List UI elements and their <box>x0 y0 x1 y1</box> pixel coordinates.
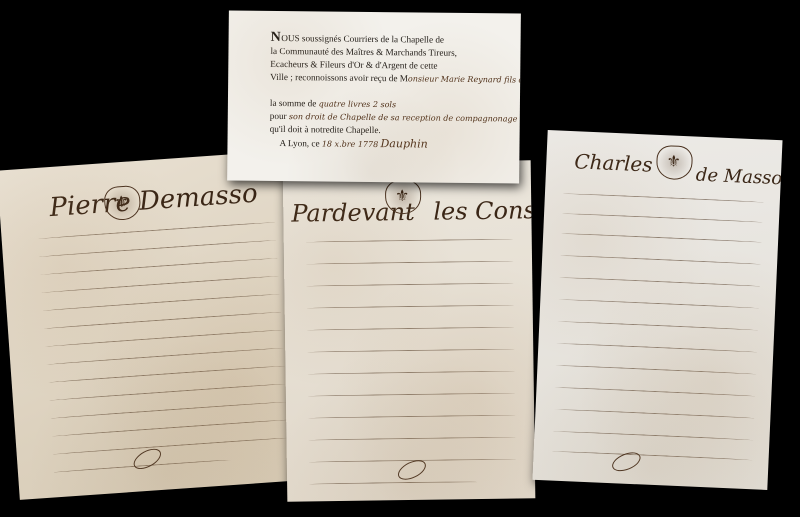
handwritten-amount: quatre livres 2 sols <box>319 99 397 109</box>
handwritten-body <box>306 239 517 442</box>
heading-charles: Charles <box>574 149 653 176</box>
handwritten-body <box>38 221 291 457</box>
handwritten-date: 18 x.bre 1778 <box>322 139 378 149</box>
drop-initial: N <box>271 30 282 45</box>
heading-pierre-demasso: Pierre Demasso <box>49 179 259 223</box>
receipt-line: la somme de <box>270 98 317 108</box>
receipt-printed-text: NOUS soussignés Courriers de la Chapelle… <box>269 31 510 153</box>
manuscript-middle-pardevant: Pardevant les Cons.rs <box>283 160 536 501</box>
royal-crest-icon <box>385 180 421 214</box>
royal-crest-icon <box>656 145 693 181</box>
handwritten-body <box>552 193 764 450</box>
handwritten-name: onsieur Marie Reynard fils de Mr. Reynar… <box>408 74 521 85</box>
receipt-line: A Lyon, ce <box>279 138 319 148</box>
printed-receipt-chapelle: NOUS soussignés Courriers de la Chapelle… <box>227 10 521 183</box>
receipt-line: OUS soussignés Courriers de la Chapelle … <box>281 33 444 45</box>
manuscript-right-charles-de-masso: Charles de Masso <box>532 130 782 490</box>
signature: Dauphin <box>380 137 427 150</box>
manuscript-left-pierre-demasso: Pierre Demasso <box>0 150 315 500</box>
receipt-line: Ville ; reconnoissons avoir reçu de M <box>270 72 408 83</box>
heading-les-conseillers: les Cons.rs <box>433 196 535 226</box>
receipt-line: pour <box>270 111 287 121</box>
handwritten-reason: son droit de Chapelle de sa reception de… <box>289 112 518 123</box>
heading-de-masso: de Masso <box>695 165 782 190</box>
